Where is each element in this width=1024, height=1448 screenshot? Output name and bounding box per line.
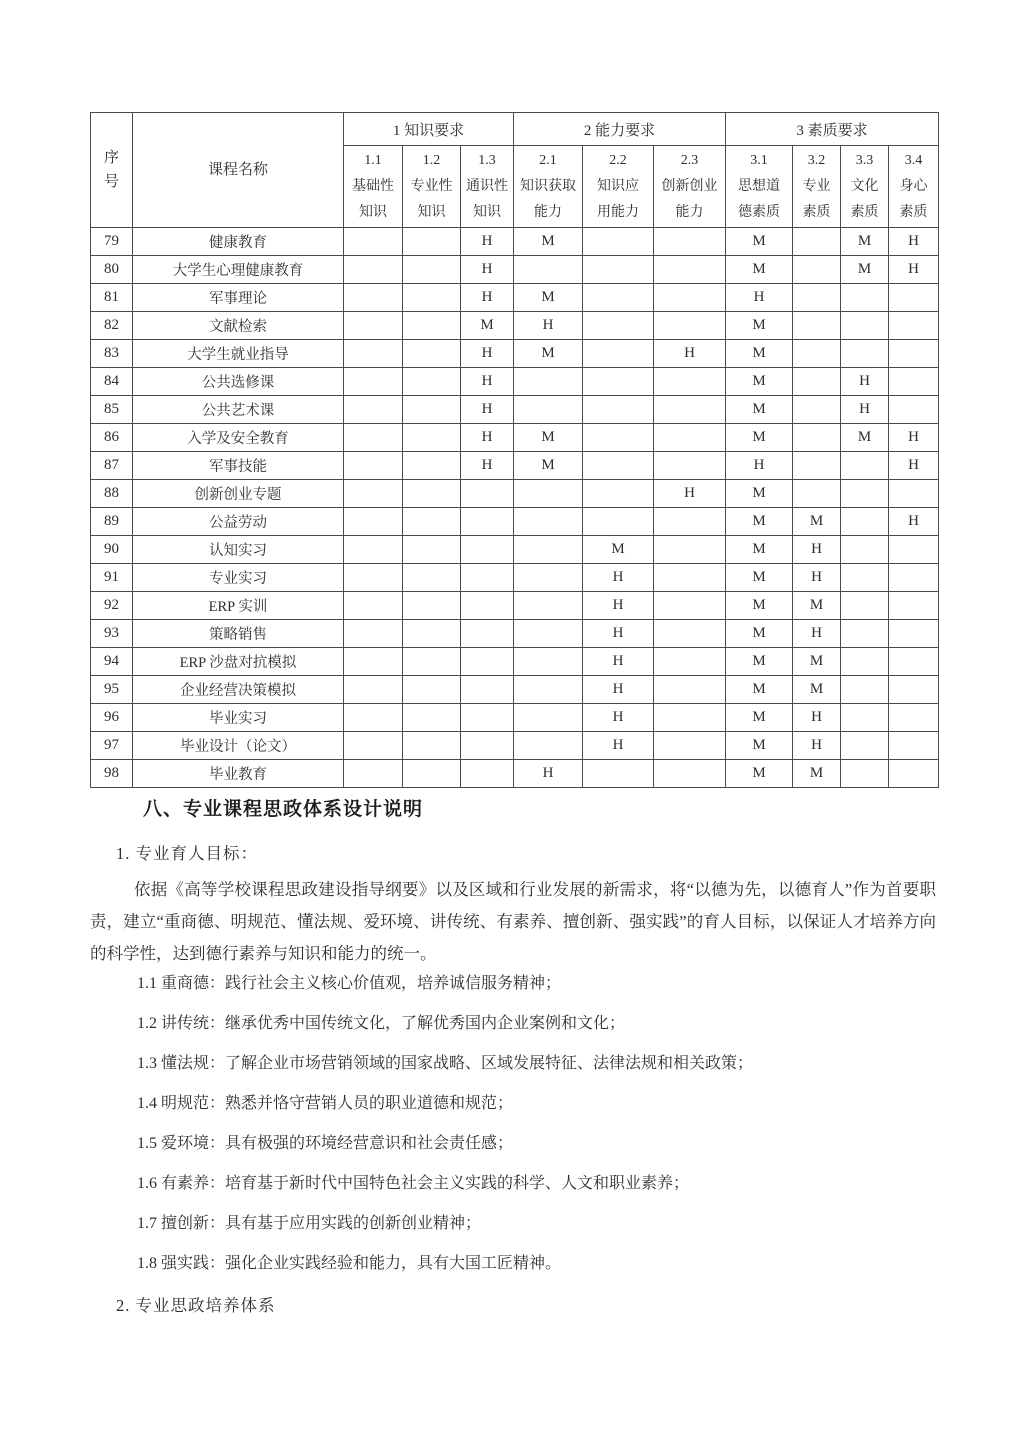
column-number: 2.3 bbox=[654, 148, 725, 174]
table-row: 84公共选修课HMH bbox=[91, 368, 939, 396]
column-label-line: 知识 bbox=[403, 200, 460, 226]
requirement-cell: M bbox=[841, 256, 889, 284]
requirement-cell bbox=[344, 620, 403, 648]
requirement-cell bbox=[403, 284, 461, 312]
requirement-cell: M bbox=[583, 536, 654, 564]
goal-item: 1.1 重商德：践行社会主义核心价值观，培养诚信服务精神； bbox=[137, 964, 937, 1004]
requirement-cell: H bbox=[793, 536, 841, 564]
requirement-cell bbox=[403, 228, 461, 256]
requirement-cell bbox=[514, 256, 583, 284]
requirement-cell bbox=[654, 312, 726, 340]
requirement-cell: H bbox=[793, 732, 841, 760]
course-name-cell: 军事技能 bbox=[133, 452, 344, 480]
row-number-cell: 87 bbox=[91, 452, 133, 480]
requirement-cell: M bbox=[726, 760, 793, 788]
requirement-cell bbox=[654, 396, 726, 424]
section-heading: 八、专业课程思政体系设计说明 bbox=[143, 794, 423, 821]
requirement-cell bbox=[344, 284, 403, 312]
column-label-line: 素质 bbox=[793, 200, 840, 226]
requirement-cell: H bbox=[461, 256, 514, 284]
requirement-cell bbox=[889, 312, 939, 340]
requirement-cell bbox=[461, 704, 514, 732]
column-header-cell: 2.2知识应用能力 bbox=[583, 146, 654, 228]
requirement-cell bbox=[514, 396, 583, 424]
goal-item: 1.6 有素养：培育基于新时代中国特色社会主义实践的科学、人文和职业素养； bbox=[137, 1164, 937, 1204]
requirement-cell: H bbox=[461, 396, 514, 424]
requirement-cell bbox=[583, 508, 654, 536]
requirement-cell: M bbox=[514, 228, 583, 256]
requirement-cell: H bbox=[726, 452, 793, 480]
column-label-line: 能力 bbox=[514, 200, 582, 226]
document-page: 序号课程名称1 知识要求2 能力要求3 素质要求1.1基础性知识1.2专业性知识… bbox=[0, 0, 1024, 1448]
requirement-cell: H bbox=[583, 704, 654, 732]
column-label-line: 德素质 bbox=[726, 200, 792, 226]
requirement-cell bbox=[461, 760, 514, 788]
row-number-cell: 92 bbox=[91, 592, 133, 620]
requirement-cell bbox=[583, 480, 654, 508]
requirement-cell bbox=[654, 452, 726, 480]
row-number-cell: 82 bbox=[91, 312, 133, 340]
requirement-cell bbox=[514, 620, 583, 648]
goal-item: 1.4 明规范：熟悉并恪守营销人员的职业道德和规范； bbox=[137, 1084, 937, 1124]
row-number-cell: 85 bbox=[91, 396, 133, 424]
table-row: 91专业实习HMH bbox=[91, 564, 939, 592]
table-row: 88创新创业专题HM bbox=[91, 480, 939, 508]
requirement-cell bbox=[344, 676, 403, 704]
row-number-cell: 79 bbox=[91, 228, 133, 256]
column-label-line: 用能力 bbox=[583, 200, 653, 226]
requirement-cell: M bbox=[726, 508, 793, 536]
course-name-cell: 文献检索 bbox=[133, 312, 344, 340]
table-row: 93策略销售HMH bbox=[91, 620, 939, 648]
requirement-cell bbox=[583, 256, 654, 284]
requirement-cell bbox=[514, 508, 583, 536]
requirement-cell: M bbox=[726, 480, 793, 508]
requirement-cell bbox=[654, 732, 726, 760]
requirement-cell bbox=[793, 368, 841, 396]
requirement-cell bbox=[841, 284, 889, 312]
table-row: 83大学生就业指导HMHM bbox=[91, 340, 939, 368]
requirement-cell bbox=[461, 592, 514, 620]
course-name-cell: 健康教育 bbox=[133, 228, 344, 256]
requirement-cell bbox=[654, 564, 726, 592]
requirement-cell bbox=[583, 396, 654, 424]
table-row: 98毕业教育HMM bbox=[91, 760, 939, 788]
subsection-2-label: 2. 专业思政培养体系 bbox=[116, 1292, 276, 1316]
requirement-cell: M bbox=[793, 648, 841, 676]
row-number-cell: 91 bbox=[91, 564, 133, 592]
table-row: 95企业经营决策模拟HMM bbox=[91, 676, 939, 704]
requirement-cell: H bbox=[793, 704, 841, 732]
row-number-cell: 89 bbox=[91, 508, 133, 536]
requirement-cell bbox=[403, 424, 461, 452]
requirement-cell: H bbox=[654, 480, 726, 508]
column-label-line: 素质 bbox=[841, 200, 888, 226]
requirement-cell bbox=[514, 564, 583, 592]
row-number-cell: 80 bbox=[91, 256, 133, 284]
table-row: 94ERP 沙盘对抗模拟HMM bbox=[91, 648, 939, 676]
requirement-cell bbox=[841, 620, 889, 648]
column-label-line: 知识获取 bbox=[514, 174, 582, 200]
requirement-cell bbox=[583, 424, 654, 452]
table-row: 82文献检索MHM bbox=[91, 312, 939, 340]
requirement-cell bbox=[403, 760, 461, 788]
goal-item: 1.8 强实践：强化企业实践经验和能力，具有大国工匠精神。 bbox=[137, 1244, 937, 1284]
table-row: 90认知实习MMH bbox=[91, 536, 939, 564]
requirement-cell: H bbox=[841, 368, 889, 396]
goal-item: 1.7 擅创新：具有基于应用实践的创新创业精神； bbox=[137, 1204, 937, 1244]
requirement-cell: H bbox=[461, 340, 514, 368]
requirement-cell bbox=[403, 452, 461, 480]
column-label-line: 基础性 bbox=[344, 174, 402, 200]
column-label-line: 文化 bbox=[841, 174, 888, 200]
requirement-cell bbox=[344, 340, 403, 368]
column-header-cell: 3.1思想道德素质 bbox=[726, 146, 793, 228]
column-header-cell: 3.3文化素质 bbox=[841, 146, 889, 228]
row-number-cell: 86 bbox=[91, 424, 133, 452]
goal-item: 1.2 讲传统：继承优秀中国传统文化，了解优秀国内企业案例和文化； bbox=[137, 1004, 937, 1044]
column-number: 1.1 bbox=[344, 148, 402, 174]
requirement-cell bbox=[403, 340, 461, 368]
requirement-cell bbox=[654, 228, 726, 256]
column-label-line: 通识性 bbox=[461, 174, 513, 200]
column-label-line: 专业 bbox=[793, 174, 840, 200]
column-number: 3.2 bbox=[793, 148, 840, 174]
table-row: 85公共艺术课HMH bbox=[91, 396, 939, 424]
column-header-cell: 1.3通识性知识 bbox=[461, 146, 514, 228]
requirement-cell: H bbox=[889, 424, 939, 452]
requirement-cell bbox=[889, 732, 939, 760]
requirement-cell bbox=[841, 508, 889, 536]
requirement-cell bbox=[889, 340, 939, 368]
header-group-row: 序号课程名称1 知识要求2 能力要求3 素质要求 bbox=[91, 113, 939, 146]
requirement-cell: H bbox=[889, 256, 939, 284]
course-name-cell: 大学生心理健康教育 bbox=[133, 256, 344, 284]
requirement-cell bbox=[403, 564, 461, 592]
requirement-cell bbox=[403, 648, 461, 676]
requirement-cell: H bbox=[583, 592, 654, 620]
goal-item: 1.5 爱环境：具有极强的环境经营意识和社会责任感； bbox=[137, 1124, 937, 1164]
column-header-cell: 3.2专业素质 bbox=[793, 146, 841, 228]
requirement-cell bbox=[889, 480, 939, 508]
requirement-cell: M bbox=[514, 340, 583, 368]
requirement-cell bbox=[654, 256, 726, 284]
requirement-cell bbox=[654, 424, 726, 452]
requirement-cell bbox=[841, 760, 889, 788]
requirement-cell: H bbox=[583, 676, 654, 704]
requirement-cell: H bbox=[889, 228, 939, 256]
course-name-cell: 专业实习 bbox=[133, 564, 344, 592]
requirement-cell: H bbox=[841, 396, 889, 424]
requirement-cell: H bbox=[461, 424, 514, 452]
column-number: 2.1 bbox=[514, 148, 582, 174]
requirement-cell bbox=[403, 732, 461, 760]
column-header-cell: 1.1基础性知识 bbox=[344, 146, 403, 228]
requirement-cell bbox=[889, 676, 939, 704]
requirement-cell: M bbox=[726, 256, 793, 284]
requirement-cell: H bbox=[583, 732, 654, 760]
requirement-cell bbox=[514, 704, 583, 732]
requirement-cell bbox=[793, 452, 841, 480]
column-header-cell: 2.3创新创业能力 bbox=[654, 146, 726, 228]
requirement-cell: H bbox=[793, 564, 841, 592]
requirement-cell bbox=[514, 480, 583, 508]
requirement-cell: M bbox=[726, 732, 793, 760]
requirement-cell bbox=[654, 676, 726, 704]
requirement-cell bbox=[514, 536, 583, 564]
requirement-cell: H bbox=[461, 452, 514, 480]
column-number: 3.1 bbox=[726, 148, 792, 174]
requirement-cell bbox=[889, 704, 939, 732]
requirement-cell bbox=[841, 676, 889, 704]
requirement-cell: M bbox=[726, 312, 793, 340]
requirement-cell bbox=[403, 508, 461, 536]
requirement-cell bbox=[841, 704, 889, 732]
requirement-cell bbox=[344, 424, 403, 452]
table-row: 80大学生心理健康教育HMMH bbox=[91, 256, 939, 284]
requirement-cell bbox=[889, 564, 939, 592]
requirement-cell: H bbox=[889, 508, 939, 536]
requirement-cell: M bbox=[514, 424, 583, 452]
requirement-cell: M bbox=[793, 508, 841, 536]
row-number-cell: 94 bbox=[91, 648, 133, 676]
requirement-cell bbox=[654, 704, 726, 732]
requirement-cell bbox=[583, 452, 654, 480]
column-label-line: 知识 bbox=[344, 200, 402, 226]
requirement-cell: H bbox=[583, 564, 654, 592]
requirement-cell bbox=[514, 648, 583, 676]
requirement-cell bbox=[403, 592, 461, 620]
requirement-cell bbox=[344, 732, 403, 760]
requirement-cell bbox=[841, 480, 889, 508]
requirement-cell bbox=[889, 536, 939, 564]
requirement-cell bbox=[403, 676, 461, 704]
row-number-cell: 95 bbox=[91, 676, 133, 704]
group-header-cell: 1 知识要求 bbox=[344, 113, 514, 146]
requirement-cell bbox=[654, 508, 726, 536]
requirement-cell: M bbox=[793, 592, 841, 620]
requirement-cell bbox=[403, 480, 461, 508]
requirement-cell bbox=[514, 368, 583, 396]
requirement-cell bbox=[841, 536, 889, 564]
requirement-cell bbox=[583, 340, 654, 368]
requirement-cell: M bbox=[726, 592, 793, 620]
column-label-line: 能力 bbox=[654, 200, 725, 226]
requirement-cell: M bbox=[726, 340, 793, 368]
requirement-cell bbox=[654, 648, 726, 676]
requirement-cell bbox=[793, 480, 841, 508]
course-name-cell: 毕业教育 bbox=[133, 760, 344, 788]
requirement-cell bbox=[514, 592, 583, 620]
requirement-cell: M bbox=[514, 284, 583, 312]
course-name-cell: 大学生就业指导 bbox=[133, 340, 344, 368]
requirement-cell bbox=[654, 284, 726, 312]
column-header-cell: 2.1知识获取能力 bbox=[514, 146, 583, 228]
requirement-cell: H bbox=[583, 648, 654, 676]
column-label-line: 素质 bbox=[889, 200, 938, 226]
requirement-cell bbox=[344, 256, 403, 284]
requirement-cell bbox=[841, 732, 889, 760]
requirement-cell bbox=[344, 368, 403, 396]
course-name-cell: 认知实习 bbox=[133, 536, 344, 564]
requirement-cell: H bbox=[514, 312, 583, 340]
row-number-cell: 97 bbox=[91, 732, 133, 760]
requirement-cell bbox=[403, 368, 461, 396]
requirement-cell bbox=[344, 704, 403, 732]
row-number-cell: 98 bbox=[91, 760, 133, 788]
course-name-cell: 企业经营决策模拟 bbox=[133, 676, 344, 704]
course-name-cell: 入学及安全教育 bbox=[133, 424, 344, 452]
requirement-cell: H bbox=[461, 228, 514, 256]
course-name-cell: 毕业设计（论文） bbox=[133, 732, 344, 760]
seq-header-line: 号 bbox=[91, 170, 132, 194]
requirement-cell: M bbox=[726, 620, 793, 648]
row-number-cell: 93 bbox=[91, 620, 133, 648]
goal-item: 1.3 懂法规：了解企业市场营销领域的国家战略、区域发展特征、法律法规和相关政策… bbox=[137, 1044, 937, 1084]
requirement-cell bbox=[461, 676, 514, 704]
requirement-cell bbox=[344, 536, 403, 564]
requirement-cell: H bbox=[461, 368, 514, 396]
requirement-cell: M bbox=[726, 564, 793, 592]
requirement-cell bbox=[793, 312, 841, 340]
requirement-cell: H bbox=[793, 620, 841, 648]
requirement-cell bbox=[344, 648, 403, 676]
requirement-cell bbox=[793, 396, 841, 424]
requirement-cell bbox=[841, 340, 889, 368]
requirement-cell bbox=[841, 648, 889, 676]
course-name-header: 课程名称 bbox=[133, 113, 344, 228]
goal-list: 1.1 重商德：践行社会主义核心价值观，培养诚信服务精神；1.2 讲传统：继承优… bbox=[137, 964, 937, 1284]
requirement-cell bbox=[841, 452, 889, 480]
requirement-cell: M bbox=[793, 760, 841, 788]
row-number-cell: 83 bbox=[91, 340, 133, 368]
course-name-cell: 公共选修课 bbox=[133, 368, 344, 396]
table-row: 92ERP 实训HMM bbox=[91, 592, 939, 620]
requirement-cell bbox=[344, 508, 403, 536]
requirement-cell bbox=[344, 396, 403, 424]
requirement-cell bbox=[583, 228, 654, 256]
column-label-line: 知识应 bbox=[583, 174, 653, 200]
requirement-cell: M bbox=[514, 452, 583, 480]
requirement-cell bbox=[889, 620, 939, 648]
course-name-cell: 军事理论 bbox=[133, 284, 344, 312]
requirement-cell: H bbox=[726, 284, 793, 312]
requirement-cell bbox=[654, 592, 726, 620]
requirement-cell: H bbox=[654, 340, 726, 368]
course-name-cell: ERP 沙盘对抗模拟 bbox=[133, 648, 344, 676]
requirements-table: 序号课程名称1 知识要求2 能力要求3 素质要求1.1基础性知识1.2专业性知识… bbox=[90, 112, 939, 788]
requirement-cell bbox=[344, 228, 403, 256]
table-row: 81军事理论HMH bbox=[91, 284, 939, 312]
requirement-cell bbox=[344, 480, 403, 508]
requirement-cell bbox=[461, 620, 514, 648]
requirement-cell bbox=[344, 592, 403, 620]
requirement-cell bbox=[461, 564, 514, 592]
requirement-cell bbox=[403, 620, 461, 648]
requirement-cell bbox=[841, 312, 889, 340]
requirement-cell bbox=[514, 676, 583, 704]
requirement-cell bbox=[344, 564, 403, 592]
column-header-cell: 3.4身心素质 bbox=[889, 146, 939, 228]
course-name-cell: 公共艺术课 bbox=[133, 396, 344, 424]
requirement-cell: M bbox=[726, 704, 793, 732]
column-number: 1.3 bbox=[461, 148, 513, 174]
requirement-cell bbox=[654, 620, 726, 648]
requirement-cell: M bbox=[841, 228, 889, 256]
course-name-cell: 公益劳动 bbox=[133, 508, 344, 536]
requirement-cell bbox=[461, 480, 514, 508]
seq-header-line: 序 bbox=[91, 146, 132, 170]
column-number: 3.4 bbox=[889, 148, 938, 174]
row-number-cell: 96 bbox=[91, 704, 133, 732]
column-number: 2.2 bbox=[583, 148, 653, 174]
column-header-cell: 1.2专业性知识 bbox=[403, 146, 461, 228]
requirement-cell bbox=[654, 368, 726, 396]
requirement-cell: H bbox=[514, 760, 583, 788]
requirement-cell: M bbox=[726, 648, 793, 676]
requirement-cell: M bbox=[726, 676, 793, 704]
requirement-cell bbox=[344, 312, 403, 340]
requirement-cell bbox=[889, 396, 939, 424]
requirement-cell bbox=[583, 368, 654, 396]
requirement-cell bbox=[793, 424, 841, 452]
table-row: 97毕业设计（论文）HMH bbox=[91, 732, 939, 760]
requirement-cell: M bbox=[841, 424, 889, 452]
column-label-line: 专业性 bbox=[403, 174, 460, 200]
requirement-cell bbox=[889, 648, 939, 676]
requirement-cell: M bbox=[726, 396, 793, 424]
requirement-cell: M bbox=[726, 536, 793, 564]
requirement-cell bbox=[654, 760, 726, 788]
requirement-cell bbox=[583, 760, 654, 788]
column-label-line: 思想道 bbox=[726, 174, 792, 200]
requirement-cell bbox=[461, 732, 514, 760]
requirement-cell bbox=[889, 760, 939, 788]
group-header-cell: 3 素质要求 bbox=[726, 113, 939, 146]
table-row: 87军事技能HMHH bbox=[91, 452, 939, 480]
requirement-cell bbox=[793, 228, 841, 256]
goal-paragraph: 依据《高等学校课程思政建设指导纲要》以及区域和行业发展的新需求，将“以德为先，以… bbox=[90, 874, 936, 970]
requirement-cell: M bbox=[793, 676, 841, 704]
table-row: 79健康教育HMMMH bbox=[91, 228, 939, 256]
requirement-cell bbox=[403, 312, 461, 340]
requirement-cell bbox=[841, 564, 889, 592]
group-header-cell: 2 能力要求 bbox=[514, 113, 726, 146]
requirement-cell bbox=[344, 760, 403, 788]
requirement-cell bbox=[344, 452, 403, 480]
requirement-cell: M bbox=[726, 424, 793, 452]
table-row: 96毕业实习HMH bbox=[91, 704, 939, 732]
requirement-cell: H bbox=[889, 452, 939, 480]
course-name-cell: 创新创业专题 bbox=[133, 480, 344, 508]
column-label-line: 知识 bbox=[461, 200, 513, 226]
column-number: 1.2 bbox=[403, 148, 460, 174]
course-name-cell: 毕业实习 bbox=[133, 704, 344, 732]
row-number-cell: 88 bbox=[91, 480, 133, 508]
requirement-cell bbox=[403, 396, 461, 424]
requirement-cell bbox=[461, 536, 514, 564]
requirement-cell bbox=[654, 536, 726, 564]
requirement-cell: M bbox=[726, 368, 793, 396]
row-number-cell: 90 bbox=[91, 536, 133, 564]
table-row: 86入学及安全教育HMMMH bbox=[91, 424, 939, 452]
row-number-cell: 81 bbox=[91, 284, 133, 312]
requirement-cell: M bbox=[461, 312, 514, 340]
course-name-cell: ERP 实训 bbox=[133, 592, 344, 620]
column-label-line: 创新创业 bbox=[654, 174, 725, 200]
requirement-cell bbox=[793, 284, 841, 312]
requirement-cell bbox=[793, 340, 841, 368]
